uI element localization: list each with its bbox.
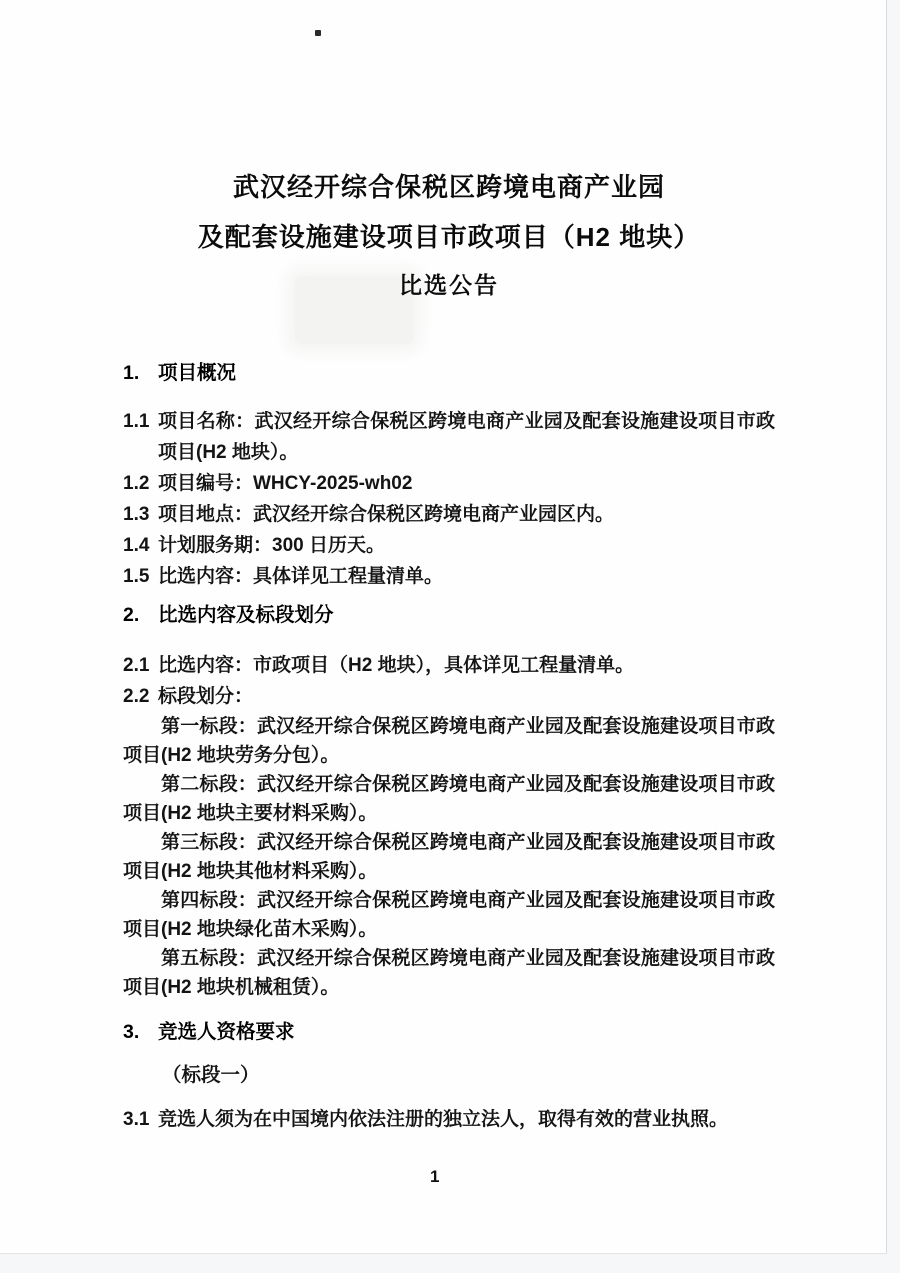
section2-lot-paragraphs: 第一标段：武汉经开综合保税区跨境电商产业园及配套设施建设项目市政 项目(H2 地…	[123, 712, 775, 1002]
section1-title: 项目概况	[158, 358, 236, 388]
page-number: 1	[430, 1167, 439, 1187]
section2-heading: 2. 比选内容及标段划分	[123, 600, 775, 630]
section3-heading: 3. 竞选人资格要求	[123, 1017, 775, 1047]
item-3-1: 3.1 竞选人须为在中国境内依法注册的独立法人，取得有效的营业执照。	[123, 1104, 775, 1135]
section3-items: 3.1 竞选人须为在中国境内依法注册的独立法人，取得有效的营业执照。	[123, 1104, 775, 1135]
lot-4-line1: 第四标段：武汉经开综合保税区跨境电商产业园及配套设施建设项目市政	[123, 886, 775, 915]
section1-number: 1.	[123, 358, 158, 388]
item-1-5-number: 1.5	[123, 561, 158, 592]
doc-subtitle: 比选公告	[123, 270, 775, 300]
lot-5-line1: 第五标段：武汉经开综合保税区跨境电商产业园及配套设施建设项目市政	[123, 944, 775, 973]
item-1-1-text: 项目名称：武汉经开综合保税区跨境电商产业园及配套设施建设项目市政 项目(H2 地…	[158, 406, 775, 468]
document-page: 武汉经开综合保税区跨境电商产业园 及配套设施建设项目市政项目（H2 地块） 比选…	[0, 0, 887, 1254]
lot-5-line2: 项目(H2 地块机械租赁）。	[123, 973, 775, 1002]
lot-paragraph-4: 第四标段：武汉经开综合保税区跨境电商产业园及配套设施建设项目市政 项目(H2 地…	[123, 886, 775, 944]
lot-1-line1: 第一标段：武汉经开综合保税区跨境电商产业园及配套设施建设项目市政	[123, 712, 775, 741]
doc-title-line1: 武汉经开综合保税区跨境电商产业园	[123, 170, 775, 204]
item-1-1: 1.1 项目名称：武汉经开综合保税区跨境电商产业园及配套设施建设项目市政 项目(…	[123, 406, 775, 468]
section3-title: 竞选人资格要求	[158, 1017, 295, 1047]
lot-paragraph-2: 第二标段：武汉经开综合保税区跨境电商产业园及配套设施建设项目市政 项目(H2 地…	[123, 770, 775, 828]
item-1-1-number: 1.1	[123, 406, 158, 468]
section1-items: 1.1 项目名称：武汉经开综合保税区跨境电商产业园及配套设施建设项目市政 项目(…	[123, 406, 775, 592]
doc-title-line2: 及配套设施建设项目市政项目（H2 地块）	[123, 220, 775, 254]
lot-paragraph-5: 第五标段：武汉经开综合保税区跨境电商产业园及配套设施建设项目市政 项目(H2 地…	[123, 944, 775, 1002]
document-content: 武汉经开综合保税区跨境电商产业园 及配套设施建设项目市政项目（H2 地块） 比选…	[0, 0, 886, 1135]
item-1-1-line2: 项目(H2 地块）。	[158, 437, 775, 468]
section2-number: 2.	[123, 600, 158, 630]
lot-1-line2: 项目(H2 地块劳务分包）。	[123, 741, 775, 770]
item-1-4-text: 计划服务期：300 日历天。	[158, 530, 775, 561]
item-1-5: 1.5 比选内容：具体详见工程量清单。	[123, 561, 775, 592]
lot-2-line2: 项目(H2 地块主要材料采购）。	[123, 799, 775, 828]
lot-paragraph-1: 第一标段：武汉经开综合保税区跨境电商产业园及配套设施建设项目市政 项目(H2 地…	[123, 712, 775, 770]
section2-title: 比选内容及标段划分	[158, 600, 334, 630]
item-1-3-number: 1.3	[123, 499, 158, 530]
item-2-1-number: 2.1	[123, 650, 158, 681]
item-2-2-number: 2.2	[123, 681, 158, 712]
item-2-2-text: 标段划分：	[158, 681, 775, 712]
item-1-3-text: 项目地点：武汉经开综合保税区跨境电商产业园区内。	[158, 499, 775, 530]
item-3-1-text: 竞选人须为在中国境内依法注册的独立法人，取得有效的营业执照。	[158, 1104, 775, 1135]
item-1-5-text: 比选内容：具体详见工程量清单。	[158, 561, 775, 592]
item-2-1: 2.1 比选内容：市政项目（H2 地块），具体详见工程量清单。	[123, 650, 775, 681]
section3-subheading: （标段一）	[123, 1060, 775, 1090]
item-2-2: 2.2 标段划分：	[123, 681, 775, 712]
section1-heading: 1. 项目概况	[123, 358, 775, 388]
lot-2-line1: 第二标段：武汉经开综合保税区跨境电商产业园及配套设施建设项目市政	[123, 770, 775, 799]
lot-3-line1: 第三标段：武汉经开综合保税区跨境电商产业园及配套设施建设项目市政	[123, 828, 775, 857]
item-1-2: 1.2 项目编号：WHCY-2025-wh02	[123, 468, 775, 499]
lot-3-line2: 项目(H2 地块其他材料采购）。	[123, 857, 775, 886]
item-1-2-text: 项目编号：WHCY-2025-wh02	[158, 468, 775, 499]
section3-number: 3.	[123, 1017, 158, 1047]
lot-paragraph-3: 第三标段：武汉经开综合保税区跨境电商产业园及配套设施建设项目市政 项目(H2 地…	[123, 828, 775, 886]
item-1-2-number: 1.2	[123, 468, 158, 499]
item-2-1-text: 比选内容：市政项目（H2 地块），具体详见工程量清单。	[158, 650, 775, 681]
item-1-3: 1.3 项目地点：武汉经开综合保税区跨境电商产业园区内。	[123, 499, 775, 530]
item-1-4-number: 1.4	[123, 530, 158, 561]
item-1-1-line1: 项目名称：武汉经开综合保税区跨境电商产业园及配套设施建设项目市政	[158, 406, 775, 437]
item-3-1-number: 3.1	[123, 1104, 158, 1135]
section2-items: 2.1 比选内容：市政项目（H2 地块），具体详见工程量清单。 2.2 标段划分…	[123, 650, 775, 712]
lot-4-line2: 项目(H2 地块绿化苗木采购）。	[123, 915, 775, 944]
item-1-4: 1.4 计划服务期：300 日历天。	[123, 530, 775, 561]
